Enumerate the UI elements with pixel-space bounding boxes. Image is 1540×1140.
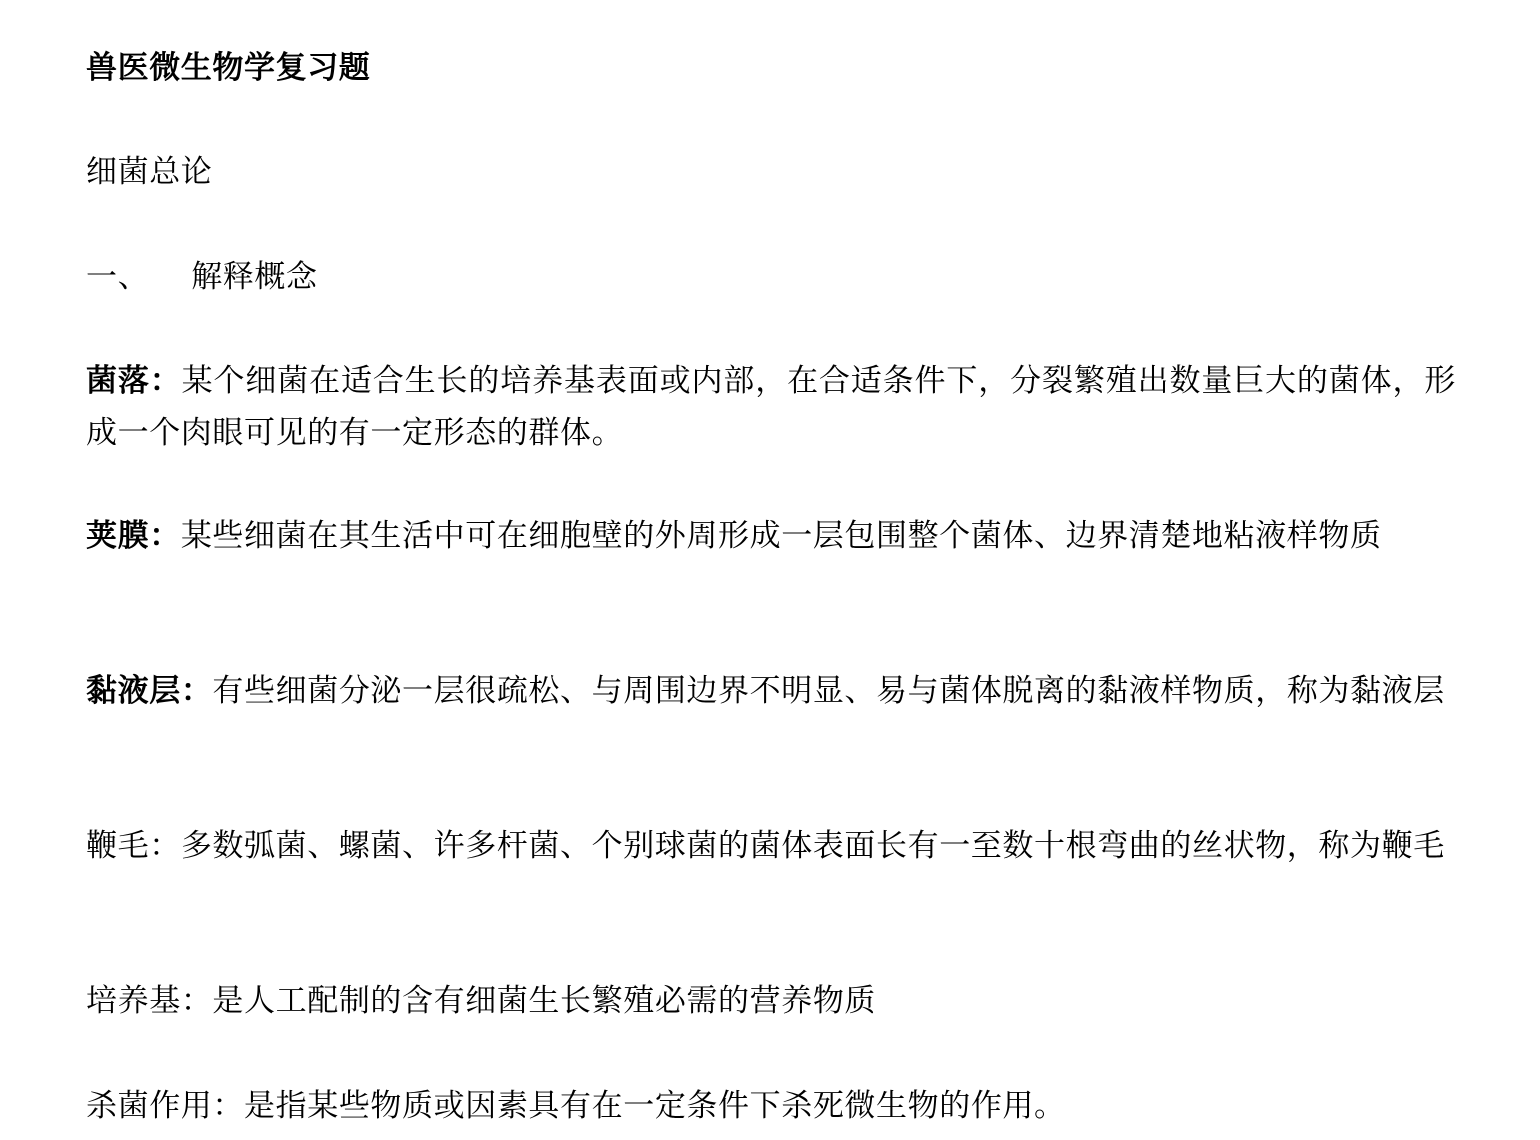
definition-text: 是人工配制的含有细菌生长繁殖必需的营养物质 [212,983,876,1019]
section-number: 一、 [86,259,149,295]
definition-flagellum: 鞭毛：多数弧菌、螺菌、许多杆菌、个别球菌的菌体表面长有一至数十根弯曲的丝状物，称… [86,820,1456,872]
definition-term: 杀菌作用 [86,1088,212,1124]
chapter-heading: 细菌总论 [86,146,1456,198]
definition-term: 培养基 [86,983,181,1019]
definition-text: 多数弧菌、螺菌、许多杆菌、个别球菌的菌体表面长有一至数十根弯曲的丝状物，称为鞭毛 [181,828,1445,864]
definition-separator: ： [150,363,182,399]
section-title: 解释概念 [191,259,317,295]
definition-colony: 菌落：某个细菌在适合生长的培养基表面或内部，在合适条件下，分裂繁殖出数量巨大的菌… [86,355,1456,459]
definition-term: 黏液层 [86,673,181,709]
definition-bactericidal-action: 杀菌作用：是指某些物质或因素具有在一定条件下杀死微生物的作用。 [86,1080,1456,1132]
definition-term: 鞭毛 [86,828,149,864]
definition-slime-layer: 黏液层：有些细菌分泌一层很疏松、与周围边界不明显、易与菌体脱离的黏液样物质，称为… [86,665,1456,717]
definition-term: 荚膜 [86,518,149,554]
definition-separator: ： [181,673,213,709]
definition-capsule: 荚膜：某些细菌在其生活中可在细胞壁的外周形成一层包围整个菌体、边界清楚地粘液样物… [86,510,1456,562]
definition-separator: ： [149,828,181,864]
definition-text: 某个细菌在适合生长的培养基表面或内部，在合适条件下，分裂繁殖出数量巨大的菌体，形… [86,363,1456,451]
definition-culture-medium: 培养基：是人工配制的含有细菌生长繁殖必需的营养物质 [86,975,1456,1027]
definition-separator: ： [181,983,213,1019]
definition-separator: ： [149,518,181,554]
definition-term: 菌落 [86,363,150,399]
definition-separator: ： [212,1088,244,1124]
definition-text: 是指某些物质或因素具有在一定条件下杀死微生物的作用。 [244,1088,1066,1124]
definition-text: 有些细菌分泌一层很疏松、与周围边界不明显、易与菌体脱离的黏液样物质，称为黏液层 [212,673,1444,709]
document-title: 兽医微生物学复习题 [86,42,1456,94]
section-heading: 一、解释概念 [86,251,1456,303]
definition-text: 某些细菌在其生活中可在细胞壁的外周形成一层包围整个菌体、边界清楚地粘液样物质 [181,518,1382,554]
